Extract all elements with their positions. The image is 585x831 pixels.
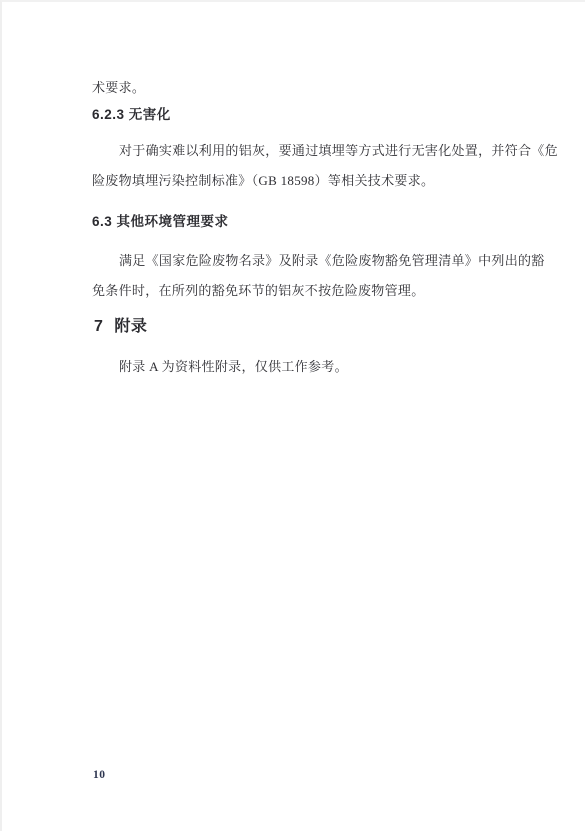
continuation-line: 术要求。 [92,80,145,96]
section-heading-6-2-3: 6.2.3 无害化 [92,107,171,123]
page-number: 10 [93,769,106,781]
paragraph-line: 险废物填埋污染控制标准》（GB 18598）等相关技术要求。 [92,173,434,189]
paragraph-line: 免条件时，在所列的豁免环节的铝灰不按危险废物管理。 [92,283,425,299]
paragraph-line: 附录 A 为资料性附录，仅供工作参考。 [119,359,348,375]
paragraph-line: 对于确实难以利用的铝灰，要通过填埋等方式进行无害化处置，并符合《危 [119,143,558,159]
section-heading-7: 7 附录 [94,319,147,335]
section-heading-6-3: 6.3 其他环境管理要求 [92,214,229,230]
document-page: 术要求。 6.2.3 无害化 对于确实难以利用的铝灰，要通过填埋等方式进行无害化… [0,0,585,831]
paragraph-line: 满足《国家危险废物名录》及附录《危险废物豁免管理清单》中列出的豁 [119,253,545,269]
